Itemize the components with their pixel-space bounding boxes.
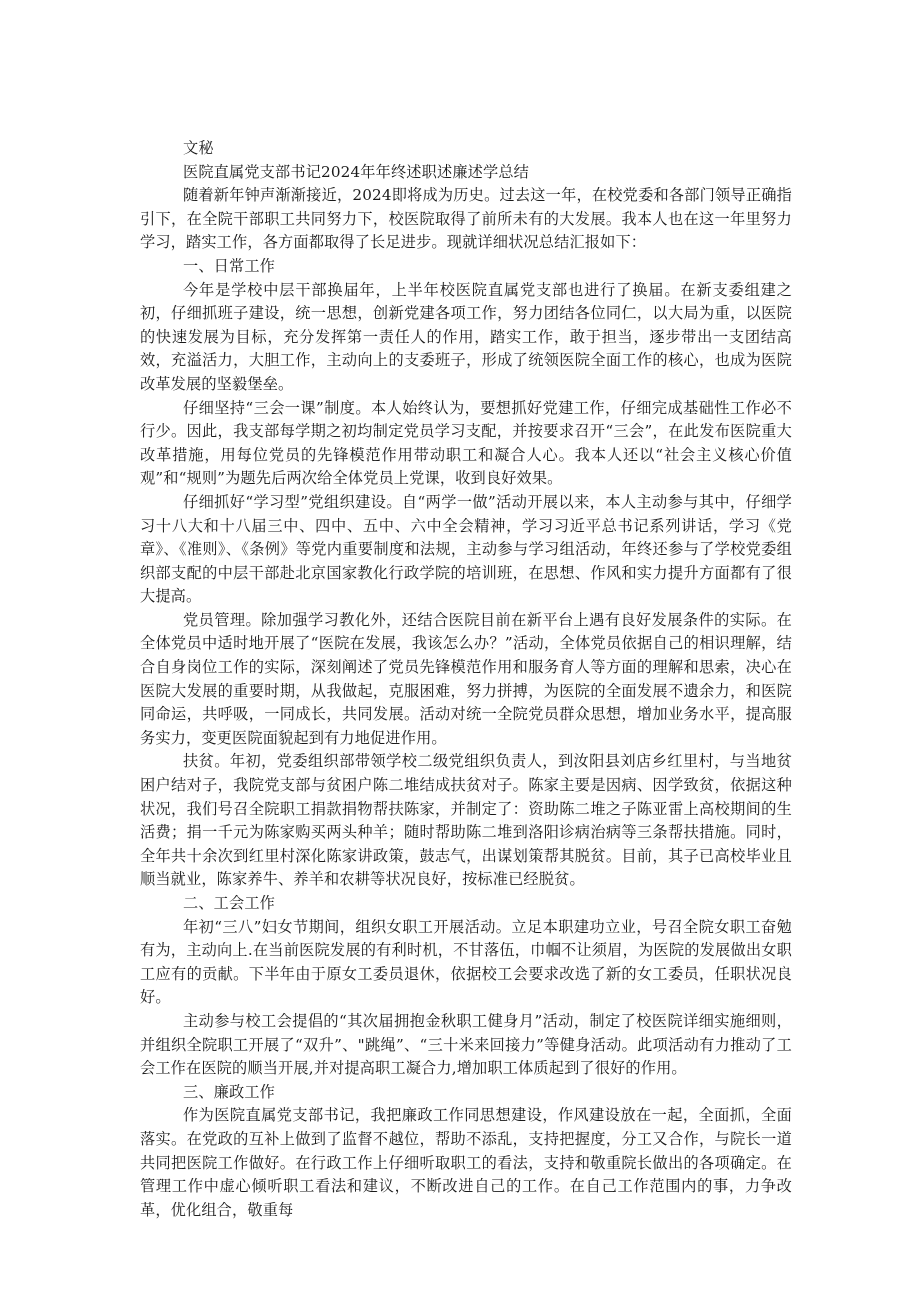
document-page: 文秘 医院直属党支部书记2024年年终述职述廉述学总结 随着新年钟声渐渐接近，2…	[140, 137, 792, 1222]
paragraph: 年初“三八”妇女节期间，组织女职工开展活动。立足本职建功立业，号召全院女职工奋勉…	[140, 916, 792, 1010]
paragraph: 仔细坚持“三会一课”制度。本人始终认为，要想抓好党建工作，仔细完成基础性工作必不…	[140, 397, 792, 491]
intro-paragraph: 随着新年钟声渐渐接近，2024即将成为历史。过去这一年，在校党委和各部门领导正确…	[140, 184, 792, 255]
paragraph: 作为医院直属党支部书记，我把廉政工作同思想建设，作风建设放在一起，全面抓，全面落…	[140, 1104, 792, 1222]
section-heading: 一、日常工作	[140, 255, 792, 279]
document-category: 文秘	[140, 137, 792, 161]
paragraph: 仔细抓好“学习型”党组织建设。自“两学一做”活动开展以来，本人主动参与其中，仔细…	[140, 491, 792, 609]
section-heading: 二、工会工作	[140, 892, 792, 916]
paragraph: 党员管理。除加强学习教化外，还结合医院目前在新平台上遇有良好发展条件的实际。在全…	[140, 609, 792, 751]
paragraph: 主动参与校工会提倡的“其次届拥抱金秋职工健身月”活动，制定了校医院详细实施细则，…	[140, 1010, 792, 1081]
document-title: 医院直属党支部书记2024年年终述职述廉述学总结	[140, 161, 792, 185]
paragraph: 今年是学校中层干部换届年，上半年校医院直属党支部也进行了换届。在新支委组建之初，…	[140, 279, 792, 397]
paragraph: 扶贫。年初，党委组织部带领学校二级党组织负责人，到汝阳县刘店乡红里村，与当地贫困…	[140, 750, 792, 892]
section-heading: 三、廉政工作	[140, 1081, 792, 1105]
